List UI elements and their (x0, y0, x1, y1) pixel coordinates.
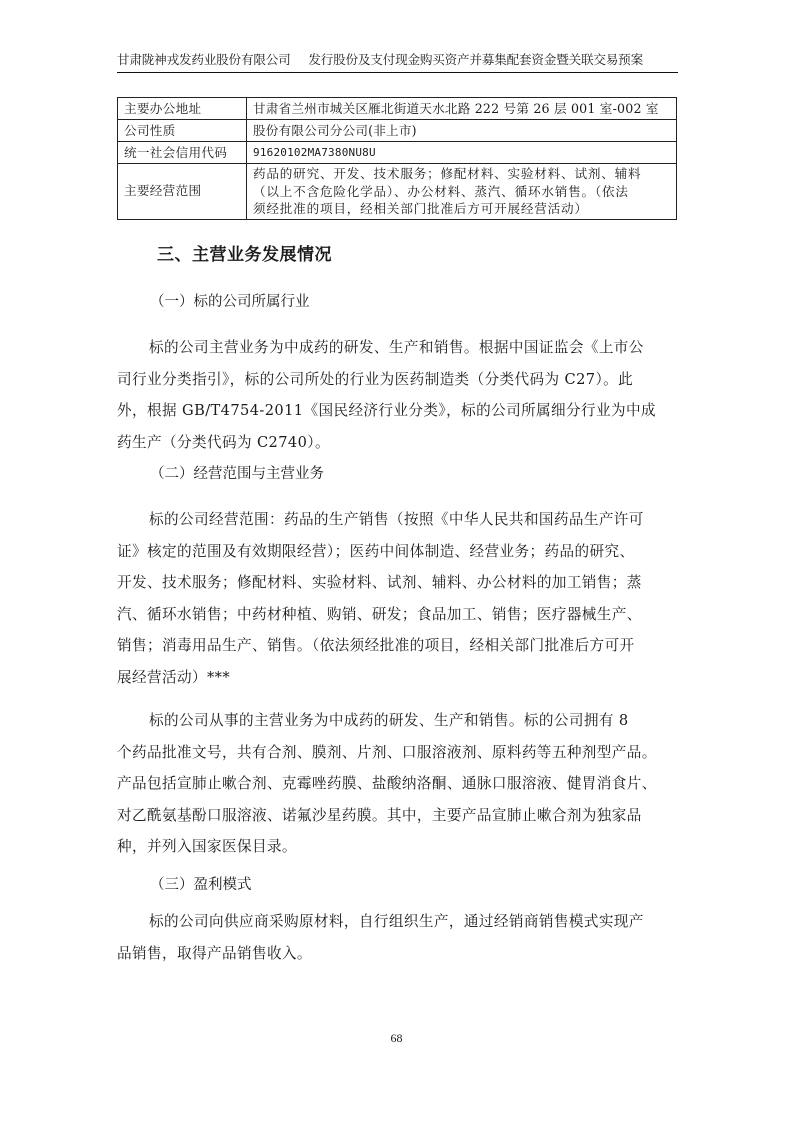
table-cell-value: 股份有限公司分公司(非上市) (247, 120, 677, 142)
header-document-title: 发行股份及支付现金购买资产并募集配套资金暨关联交易预案 (308, 50, 643, 70)
running-header: 甘肃陇神戎发药业股份有限公司 发行股份及支付现金购买资产并募集配套资金暨关联交易… (117, 50, 677, 72)
paragraph-line: 对乙酰氨基酚口服溶液、诺氟沙星药膜。其中，主要产品宣肺止嗽合剂为独家品 (117, 800, 677, 832)
table-cell-label: 统一社会信用代码 (118, 142, 247, 164)
paragraph: 标的公司向供应商采购原材料，自行组织生产，通过经销商销售模式实现产 品销售，取得… (117, 906, 677, 969)
header-company-name: 甘肃陇神戎发药业股份有限公司 (117, 50, 291, 70)
paragraph-line: 个药品批准文号，共有合剂、膜剂、片剂、口服溶液剂、原料药等五种剂型产品。 (117, 737, 677, 769)
paragraph-line: 展经营活动）*** (117, 662, 677, 694)
paragraph: 标的公司从事的主营业务为中成药的研发、生产和销售。标的公司拥有 8 个药品批准文… (117, 705, 677, 863)
subsection-heading: （三）盈利模式 (150, 874, 252, 896)
table-row: 统一社会信用代码 91620102MA7380NU8U (118, 142, 677, 164)
table-row: 公司性质 股份有限公司分公司(非上市) (118, 120, 677, 142)
paragraph-line: 汽、循环水销售；中药材种植、购销、研发；食品加工、销售；医疗器械生产、 (117, 599, 677, 631)
paragraph-line: 种，并列入国家医保目录。 (117, 831, 677, 863)
table-row: 主要经营范围 药品的研究、开发、技术服务；修配材料、实验材料、试剂、辅料 （以上… (118, 164, 677, 220)
table-cell-value: 药品的研究、开发、技术服务；修配材料、实验材料、试剂、辅料 （以上不含危险化学品… (247, 164, 677, 220)
paragraph-line: 药生产（分类代码为 C2740）。 (117, 427, 677, 459)
paragraph-line: 标的公司向供应商采购原材料，自行组织生产，通过经销商销售模式实现产 (117, 906, 677, 938)
paragraph-line: 销售；消毒用品生产、销售。（依法须经批准的项目，经相关部门批准后方可开 (117, 630, 677, 662)
table-cell-label: 主要办公地址 (118, 98, 247, 120)
paragraph-line: 标的公司主营业务为中成药的研发、生产和销售。根据中国证监会《上市公 (117, 332, 677, 364)
paragraph-line: 证》核定的范围及有效期限经营）；医药中间体制造、经营业务；药品的研究、 (117, 536, 677, 568)
paragraph-line: 标的公司从事的主营业务为中成药的研发、生产和销售。标的公司拥有 8 (117, 705, 677, 737)
header-rule (117, 72, 678, 73)
table-cell-value: 甘肃省兰州市城关区雁北街道天水北路 222 号第 26 层 001 室-002 … (247, 98, 677, 120)
subsection-heading: （一）标的公司所属行业 (150, 291, 310, 313)
paragraph-line: 产品包括宣肺止嗽合剂、克霉唑药膜、盐酸纳洛酮、通脉口服溶液、健胃消食片、 (117, 768, 677, 800)
paragraph-line: 外，根据 GB/T4754-2011《国民经济行业分类》，标的公司所属细分行业为… (117, 395, 677, 427)
table-row: 主要办公地址 甘肃省兰州市城关区雁北街道天水北路 222 号第 26 层 001… (118, 98, 677, 120)
value-line: 须经批准的项目，经相关部门批准后方可开展经营活动） (253, 200, 670, 218)
paragraph-line: 开发、技术服务；修配材料、实验材料、试剂、辅料、办公材料的加工销售；蒸 (117, 567, 677, 599)
paragraph: 标的公司经营范围：药品的生产销售（按照《中华人民共和国药品生产许可 证》核定的范… (117, 504, 677, 693)
table-cell-label: 主要经营范围 (118, 164, 247, 220)
table-cell-value: 91620102MA7380NU8U (247, 142, 677, 164)
value-line: 药品的研究、开发、技术服务；修配材料、实验材料、试剂、辅料 (253, 165, 670, 183)
table-cell-label: 公司性质 (118, 120, 247, 142)
value-line: （以上不含危险化学品）、办公材料、蒸汽、循环水销售。（依法 (253, 183, 670, 201)
paragraph: 标的公司主营业务为中成药的研发、生产和销售。根据中国证监会《上市公 司行业分类指… (117, 332, 677, 458)
page-number: 68 (0, 1031, 793, 1046)
paragraph-line: 品销售，取得产品销售收入。 (117, 938, 677, 970)
paragraph-line: 标的公司经营范围：药品的生产销售（按照《中华人民共和国药品生产许可 (117, 504, 677, 536)
subsection-heading: （二）经营范围与主营业务 (150, 463, 324, 485)
company-info-table: 主要办公地址 甘肃省兰州市城关区雁北街道天水北路 222 号第 26 层 001… (117, 97, 677, 220)
paragraph-line: 司行业分类指引》，标的公司所处的行业为医药制造类（分类代码为 C27）。此 (117, 364, 677, 396)
section-heading: 三、主营业务发展情况 (157, 243, 332, 267)
